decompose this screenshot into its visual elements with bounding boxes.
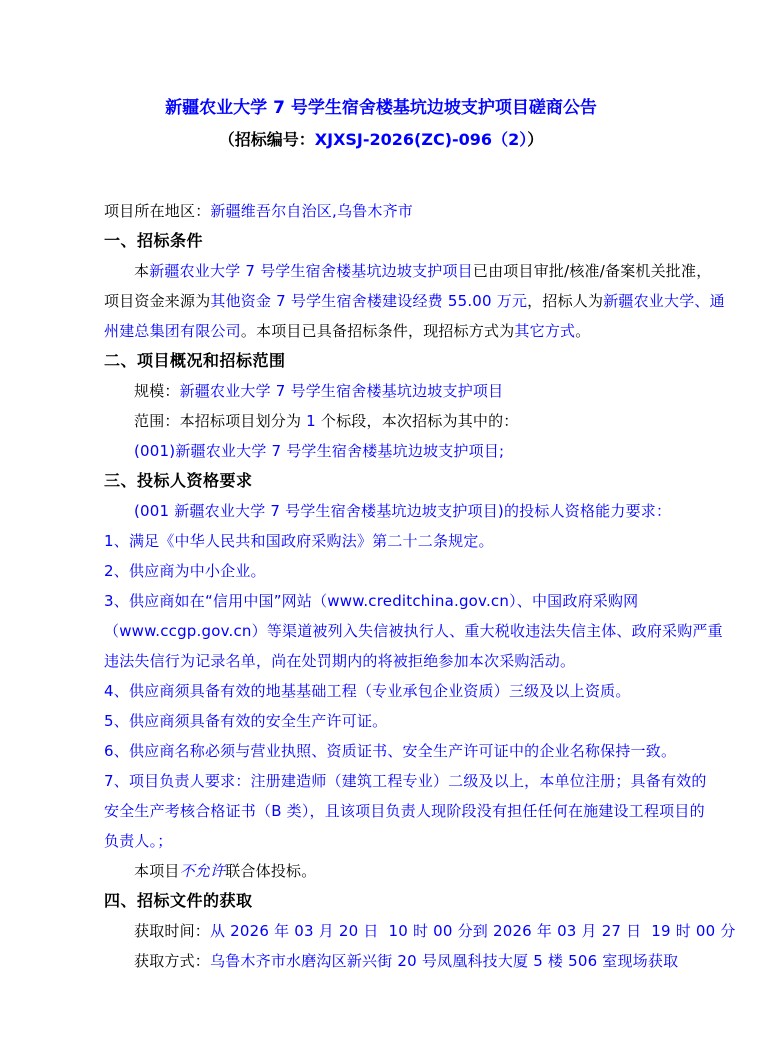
text-segment: 1、满足《中华人民共和国政府采购法》第二十二条规定。 <box>104 532 494 550</box>
text-segment: 4、供应商须具备有效的地基基础工程（专业承包企业资质）三级及以上资质。 <box>104 682 631 700</box>
doc-line: 范围：本招标项目划分为 1 个标段，本次招标为其中的： <box>104 406 658 436</box>
doc-line: 负责人。； <box>104 826 658 856</box>
text-segment: 。本项目已具备招标条件，现招标方式为 <box>241 322 515 340</box>
text-segment: 本项目 <box>134 862 180 880</box>
doc-line: 项目资金来源为其他资金 7 号学生宿舍楼建设经费 55.00 万元，招标人为新疆… <box>104 286 658 316</box>
section-heading: 三、投标人资格要求 <box>104 466 658 496</box>
text-segment: 本 <box>134 262 149 280</box>
text-segment: (001)新疆农业大学 7 号学生宿舍楼基坑边坡支护项目; <box>134 442 504 460</box>
text-segment: 新疆农业大学 7 号学生宿舍楼基坑边坡支护项目 <box>149 262 473 280</box>
doc-line: 安全生产考核合格证书（B 类），且该项目负责人现阶段没有担任任何在施建设工程项目… <box>104 796 658 826</box>
text-segment: 不允许 <box>180 862 226 880</box>
text-segment: 已由项目审批/核准/备案机关批准， <box>473 262 712 280</box>
text-segment: 7、项目负责人要求：注册建造师（建筑工程专业）二级及以上，本单位注册；具备有效的 <box>104 772 707 790</box>
text-segment: 违法失信行为记录名单，尚在处罚期内的将被拒绝参加本次采购活动。 <box>104 652 575 670</box>
text-segment: 新疆农业大学、通 <box>603 292 725 310</box>
text-segment: 5、供应商须具备有效的安全生产许可证。 <box>104 712 387 730</box>
document-title: 新疆农业大学 7 号学生宿舍楼基坑边坡支护项目磋商公告 <box>104 96 658 120</box>
text-segment: 项目资金来源为 <box>104 292 210 310</box>
text-segment: 四、招标文件的获取 <box>104 891 253 910</box>
doc-line: 本新疆农业大学 7 号学生宿舍楼基坑边坡支护项目已由项目审批/核准/备案机关批准… <box>104 256 658 286</box>
text-segment: 范围：本招标项目划分为 <box>134 412 306 430</box>
doc-line: 4、供应商须具备有效的地基基础工程（专业承包企业资质）三级及以上资质。 <box>104 676 658 706</box>
doc-line: 2、供应商为中小企业。 <box>104 556 658 586</box>
text-segment: （www.ccgp.gov.cn）等渠道被列入失信被执行人、重大税收违法失信主体… <box>104 622 723 640</box>
doc-line: (001)新疆农业大学 7 号学生宿舍楼基坑边坡支护项目; <box>104 436 658 466</box>
text-segment: 其他资金 7 号学生宿舍楼建设经费 55.00 万元 <box>210 292 527 310</box>
doc-line: 项目所在地区：新疆维吾尔自治区,乌鲁木齐市 <box>104 196 658 226</box>
doc-line: (001 新疆农业大学 7 号学生宿舍楼基坑边坡支护项目)的投标人资格能力要求： <box>104 496 658 526</box>
text-segment: 安全生产考核合格证书（B 类），且该项目负责人现阶段没有担任任何在施建设工程项目… <box>104 802 705 820</box>
doc-line: 获取方式：乌鲁木齐市水磨沟区新兴街 20 号凤凰科技大厦 5 楼 506 室现场… <box>104 946 658 976</box>
document-page: 新疆农业大学 7 号学生宿舍楼基坑边坡支护项目磋商公告 （招标编号：XJXSJ-… <box>0 0 758 1038</box>
doc-line: 州建总集团有限公司。本项目已具备招标条件，现招标方式为其它方式。 <box>104 316 658 346</box>
text-segment: (001 新疆农业大学 7 号学生宿舍楼基坑边坡支护项目)的投标人资格能力要求： <box>134 502 671 520</box>
doc-line: （www.ccgp.gov.cn）等渠道被列入失信被执行人、重大税收违法失信主体… <box>104 616 658 646</box>
text-segment: 三、投标人资格要求 <box>104 471 253 490</box>
text-segment: 新疆维吾尔自治区,乌鲁木齐市 <box>210 202 413 220</box>
doc-line: 本项目不允许联合体投标。 <box>104 856 658 886</box>
doc-line: 规模：新疆农业大学 7 号学生宿舍楼基坑边坡支护项目 <box>104 376 658 406</box>
text-segment: 新疆农业大学 7 号学生宿舍楼基坑边坡支护项目 <box>180 382 504 400</box>
tender-number-line: （招标编号：XJXSJ-2026(ZC)-096（2）） <box>104 128 658 152</box>
text-segment: 6、供应商名称必须与营业执照、资质证书、安全生产许可证中的企业名称保持一致。 <box>104 742 676 760</box>
text-segment: 。 <box>575 322 590 340</box>
text-segment: 其它方式 <box>514 322 575 340</box>
doc-line: 7、项目负责人要求：注册建造师（建筑工程专业）二级及以上，本单位注册；具备有效的 <box>104 766 658 796</box>
text-segment: 二、项目概况和招标范围 <box>104 351 286 370</box>
announcement-document: 新疆农业大学 7 号学生宿舍楼基坑边坡支护项目磋商公告 （招标编号：XJXSJ-… <box>104 96 658 976</box>
section-heading: 二、项目概况和招标范围 <box>104 346 658 376</box>
text-segment: 乌鲁木齐市水磨沟区新兴街 20 号凤凰科技大厦 5 楼 506 室现场获取 <box>210 952 678 970</box>
text-segment: ，招标人为 <box>527 292 603 310</box>
doc-line: 1、满足《中华人民共和国政府采购法》第二十二条规定。 <box>104 526 658 556</box>
doc-body: 项目所在地区：新疆维吾尔自治区,乌鲁木齐市一、招标条件本新疆农业大学 7 号学生… <box>104 196 658 976</box>
text-segment: 规模： <box>134 382 180 400</box>
text-segment: 一、招标条件 <box>104 231 203 250</box>
tender-number-prefix: （招标编号： <box>219 130 315 149</box>
section-heading: 四、招标文件的获取 <box>104 886 658 916</box>
doc-line: 违法失信行为记录名单，尚在处罚期内的将被拒绝参加本次采购活动。 <box>104 646 658 676</box>
doc-line: 获取时间：从 2026 年 03 月 20 日 10 时 00 分到 2026 … <box>104 916 658 946</box>
text-segment: 3、供应商如在“信用中国”网站（www.creditchina.gov.cn）、… <box>104 592 638 610</box>
tender-number-suffix: ） <box>527 130 543 149</box>
tender-number: XJXSJ-2026(ZC)-096（2） <box>315 130 527 149</box>
text-segment: 从 2026 年 03 月 20 日 10 时 00 分到 2026 年 03 … <box>210 922 736 940</box>
text-segment: 联合体投标。 <box>225 862 316 880</box>
text-segment: 2、供应商为中小企业。 <box>104 562 266 580</box>
text-segment: 获取时间： <box>134 922 210 940</box>
text-segment: 州建总集团有限公司 <box>104 322 241 340</box>
doc-line: 6、供应商名称必须与营业执照、资质证书、安全生产许可证中的企业名称保持一致。 <box>104 736 658 766</box>
text-segment: 个标段，本次招标为其中的： <box>316 412 519 430</box>
text-segment: 1 <box>306 412 316 430</box>
text-segment: 负责人。； <box>104 832 173 850</box>
section-heading: 一、招标条件 <box>104 226 658 256</box>
text-segment: 项目所在地区： <box>104 202 210 220</box>
doc-line: 5、供应商须具备有效的安全生产许可证。 <box>104 706 658 736</box>
text-segment: 获取方式： <box>134 952 210 970</box>
doc-line: 3、供应商如在“信用中国”网站（www.creditchina.gov.cn）、… <box>104 586 658 616</box>
